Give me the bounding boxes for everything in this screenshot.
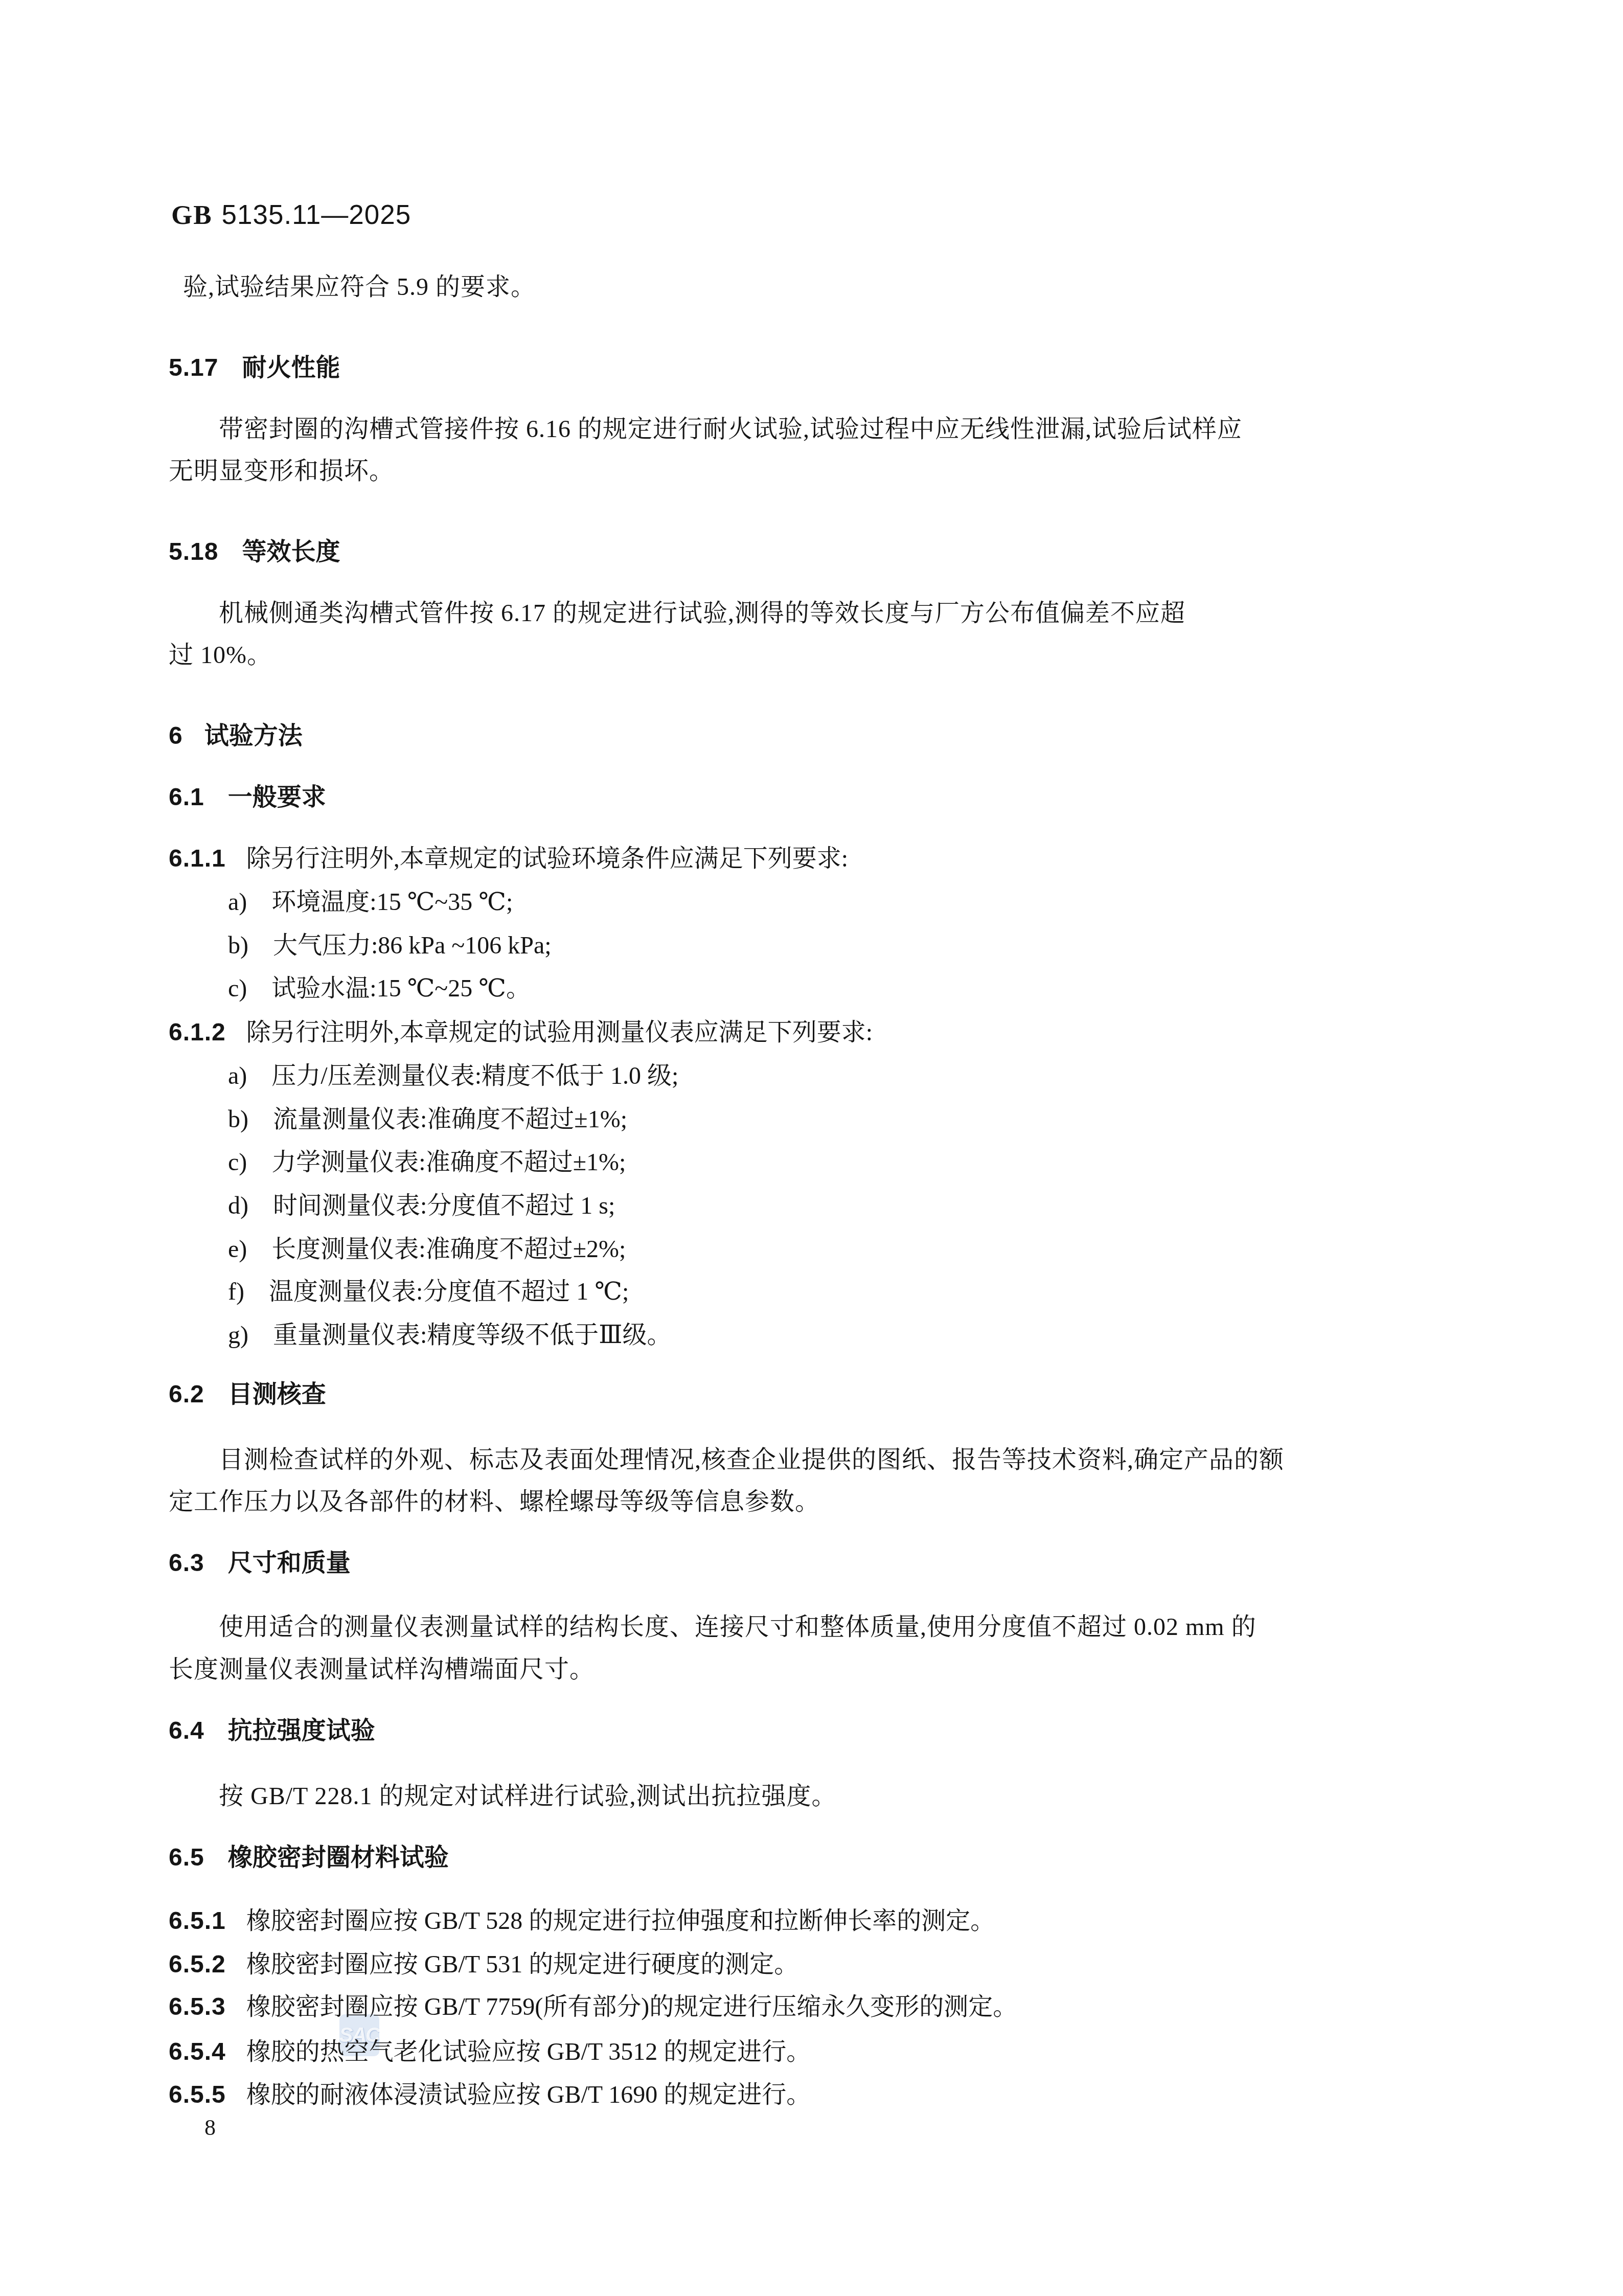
document-code-number: 5135.11—2025 bbox=[222, 200, 412, 230]
list-item-text: 温度测量仪表:分度值不超过 1 ℃; bbox=[269, 1278, 629, 1305]
list-item: f)温度测量仪表:分度值不超过 1 ℃; bbox=[228, 1278, 629, 1306]
heading-6-2-title: 目测核查 bbox=[228, 1381, 326, 1408]
clause-6-5-2: 6.5.2橡胶密封圈应按 GB/T 531 的规定进行硬度的测定。 bbox=[169, 1950, 798, 1979]
list-item-label: a) bbox=[228, 888, 247, 917]
paragraph-6-2-line2: 定工作压力以及各部件的材料、螺栓螺母等级等信息参数。 bbox=[169, 1488, 820, 1516]
clause-6-5-3: 6.5.3橡胶密封圈应按 GB/T 7759(所有部分)的规定进行压缩永久变形的… bbox=[169, 1993, 1017, 2021]
heading-6-4-title: 抗拉强度试验 bbox=[228, 1717, 375, 1744]
heading-6-4: 6.4抗拉强度试验 bbox=[169, 1717, 375, 1745]
list-item-text: 重量测量仪表:精度等级不低于Ⅲ级。 bbox=[273, 1322, 672, 1349]
heading-6-2-number: 6.2 bbox=[169, 1380, 204, 1409]
clause-6-5-3-number: 6.5.3 bbox=[169, 1993, 226, 2020]
heading-6-5: 6.5橡胶密封圈材料试验 bbox=[169, 1844, 449, 1872]
clause-6-5-4-number: 6.5.4 bbox=[169, 2038, 226, 2065]
list-item: b)流量测量仪表:准确度不超过±1%; bbox=[228, 1105, 627, 1134]
paragraph-5-18-line2: 过 10%。 bbox=[169, 641, 272, 670]
list-item-text: 长度测量仪表:准确度不超过±2%; bbox=[271, 1236, 626, 1263]
clause-6-5-1-number: 6.5.1 bbox=[169, 1907, 226, 1935]
list-item-text: 大气压力:86 kPa ~106 kPa; bbox=[273, 932, 552, 959]
paragraph-5-17-line1: 带密封圈的沟槽式管接件按 6.16 的规定进行耐火试验,试验过程中应无线性泄漏,… bbox=[219, 415, 1242, 444]
heading-6-1-title: 一般要求 bbox=[228, 784, 326, 811]
list-item-text: 试验水温:15 ℃~25 ℃。 bbox=[271, 975, 531, 1002]
heading-6-5-number: 6.5 bbox=[169, 1844, 204, 1872]
paragraph-carryover: 验,试验结果应符合 5.9 的要求。 bbox=[183, 273, 536, 302]
heading-6-number: 6 bbox=[169, 722, 183, 751]
list-item-text: 流量测量仪表:准确度不超过±1%; bbox=[273, 1106, 627, 1133]
list-item-label: c) bbox=[228, 974, 247, 1003]
list-item: g)重量测量仪表:精度等级不低于Ⅲ级。 bbox=[228, 1321, 672, 1350]
heading-6-title: 试验方法 bbox=[204, 722, 303, 749]
document-code-prefix: GB bbox=[171, 200, 213, 230]
paragraph-6-4-line1: 按 GB/T 228.1 的规定对试样进行试验,测试出抗拉强度。 bbox=[219, 1782, 836, 1811]
heading-6-3-title: 尺寸和质量 bbox=[228, 1550, 351, 1577]
clause-6-1-2-text: 除另行注明外,本章规定的试验用测量仪表应满足下列要求: bbox=[246, 1019, 873, 1046]
heading-5-18-number: 5.18 bbox=[169, 538, 218, 566]
list-item: b)大气压力:86 kPa ~106 kPa; bbox=[228, 931, 552, 960]
heading-6-5-title: 橡胶密封圈材料试验 bbox=[228, 1844, 449, 1871]
clause-6-5-4-text: 橡胶的热空气老化试验应按 GB/T 3512 的规定进行。 bbox=[246, 2038, 811, 2065]
clause-6-5-4: 6.5.4橡胶的热空气老化试验应按 GB/T 3512 的规定进行。 bbox=[169, 2038, 811, 2066]
heading-6: 6试验方法 bbox=[169, 722, 303, 751]
heading-6-3-number: 6.3 bbox=[169, 1549, 204, 1578]
document-page: SAC GB5135.11—2025 验,试验结果应符合 5.9 的要求。 5.… bbox=[0, 0, 1623, 2296]
heading-5-18-title: 等效长度 bbox=[242, 538, 340, 565]
paragraph-6-2-line1: 目测检查试样的外观、标志及表面处理情况,核查企业提供的图纸、报告等技术资料,确定… bbox=[219, 1446, 1284, 1474]
heading-5-17-number: 5.17 bbox=[169, 354, 218, 382]
list-item: e)长度测量仪表:准确度不超过±2%; bbox=[228, 1235, 626, 1264]
list-item-text: 环境温度:15 ℃~35 ℃; bbox=[271, 889, 513, 916]
clause-6-1-1-number: 6.1.1 bbox=[169, 845, 226, 872]
list-item-label: a) bbox=[228, 1062, 247, 1090]
list-item-text: 时间测量仪表:分度值不超过 1 s; bbox=[273, 1192, 615, 1219]
list-item: a)压力/压差测量仪表:精度不低于 1.0 级; bbox=[228, 1062, 678, 1090]
list-item-label: e) bbox=[228, 1235, 247, 1264]
clause-6-5-2-number: 6.5.2 bbox=[169, 1951, 226, 1978]
paragraph-5-18-line1: 机械侧通类沟槽式管件按 6.17 的规定进行试验,测得的等效长度与厂方公布值偏差… bbox=[219, 599, 1185, 628]
list-item-label: f) bbox=[228, 1278, 244, 1306]
heading-5-18: 5.18等效长度 bbox=[169, 538, 340, 566]
clause-6-1-2: 6.1.2除另行注明外,本章规定的试验用测量仪表应满足下列要求: bbox=[169, 1018, 873, 1047]
list-item: c)试验水温:15 ℃~25 ℃。 bbox=[228, 974, 531, 1003]
paragraph-5-17-line2: 无明显变形和损坏。 bbox=[169, 457, 394, 486]
list-item: d)时间测量仪表:分度值不超过 1 s; bbox=[228, 1192, 615, 1220]
heading-6-1-number: 6.1 bbox=[169, 783, 204, 812]
clause-6-5-2-text: 橡胶密封圈应按 GB/T 531 的规定进行硬度的测定。 bbox=[246, 1951, 798, 1978]
clause-6-1-1: 6.1.1除另行注明外,本章规定的试验环境条件应满足下列要求: bbox=[169, 845, 848, 873]
list-item-label: c) bbox=[228, 1148, 247, 1177]
heading-6-1: 6.1一般要求 bbox=[169, 783, 326, 812]
document-code-header: GB5135.11—2025 bbox=[171, 199, 411, 231]
list-item: c)力学测量仪表:准确度不超过±1%; bbox=[228, 1148, 626, 1177]
page-number: 8 bbox=[204, 2115, 216, 2141]
list-item-text: 力学测量仪表:准确度不超过±1%; bbox=[271, 1149, 626, 1176]
paragraph-6-3-line1: 使用适合的测量仪表测量试样的结构长度、连接尺寸和整体质量,使用分度值不超过 0.… bbox=[219, 1613, 1256, 1642]
heading-5-17-title: 耐火性能 bbox=[242, 354, 340, 381]
clause-6-5-3-text: 橡胶密封圈应按 GB/T 7759(所有部分)的规定进行压缩永久变形的测定。 bbox=[246, 1993, 1017, 2020]
clause-6-5-5-text: 橡胶的耐液体浸渍试验应按 GB/T 1690 的规定进行。 bbox=[246, 2081, 811, 2108]
list-item-label: g) bbox=[228, 1321, 248, 1350]
list-item: a)环境温度:15 ℃~35 ℃; bbox=[228, 888, 513, 917]
clause-6-5-5-number: 6.5.5 bbox=[169, 2081, 226, 2108]
list-item-text: 压力/压差测量仪表:精度不低于 1.0 级; bbox=[271, 1062, 678, 1089]
heading-6-3: 6.3尺寸和质量 bbox=[169, 1549, 351, 1578]
list-item-label: d) bbox=[228, 1192, 248, 1220]
list-item-label: b) bbox=[228, 1105, 248, 1134]
clause-6-1-1-text: 除另行注明外,本章规定的试验环境条件应满足下列要求: bbox=[246, 845, 848, 872]
clause-6-5-5: 6.5.5橡胶的耐液体浸渍试验应按 GB/T 1690 的规定进行。 bbox=[169, 2081, 811, 2109]
heading-6-4-number: 6.4 bbox=[169, 1717, 204, 1745]
clause-6-1-2-number: 6.1.2 bbox=[169, 1019, 226, 1046]
heading-6-2: 6.2目测核查 bbox=[169, 1380, 326, 1409]
paragraph-6-3-line2: 长度测量仪表测量试样沟槽端面尺寸。 bbox=[169, 1655, 595, 1684]
clause-6-5-1: 6.5.1橡胶密封圈应按 GB/T 528 的规定进行拉伸强度和拉断伸长率的测定… bbox=[169, 1907, 995, 1936]
clause-6-5-1-text: 橡胶密封圈应按 GB/T 528 的规定进行拉伸强度和拉断伸长率的测定。 bbox=[246, 1907, 995, 1935]
list-item-label: b) bbox=[228, 931, 248, 960]
heading-5-17: 5.17耐火性能 bbox=[169, 354, 340, 382]
